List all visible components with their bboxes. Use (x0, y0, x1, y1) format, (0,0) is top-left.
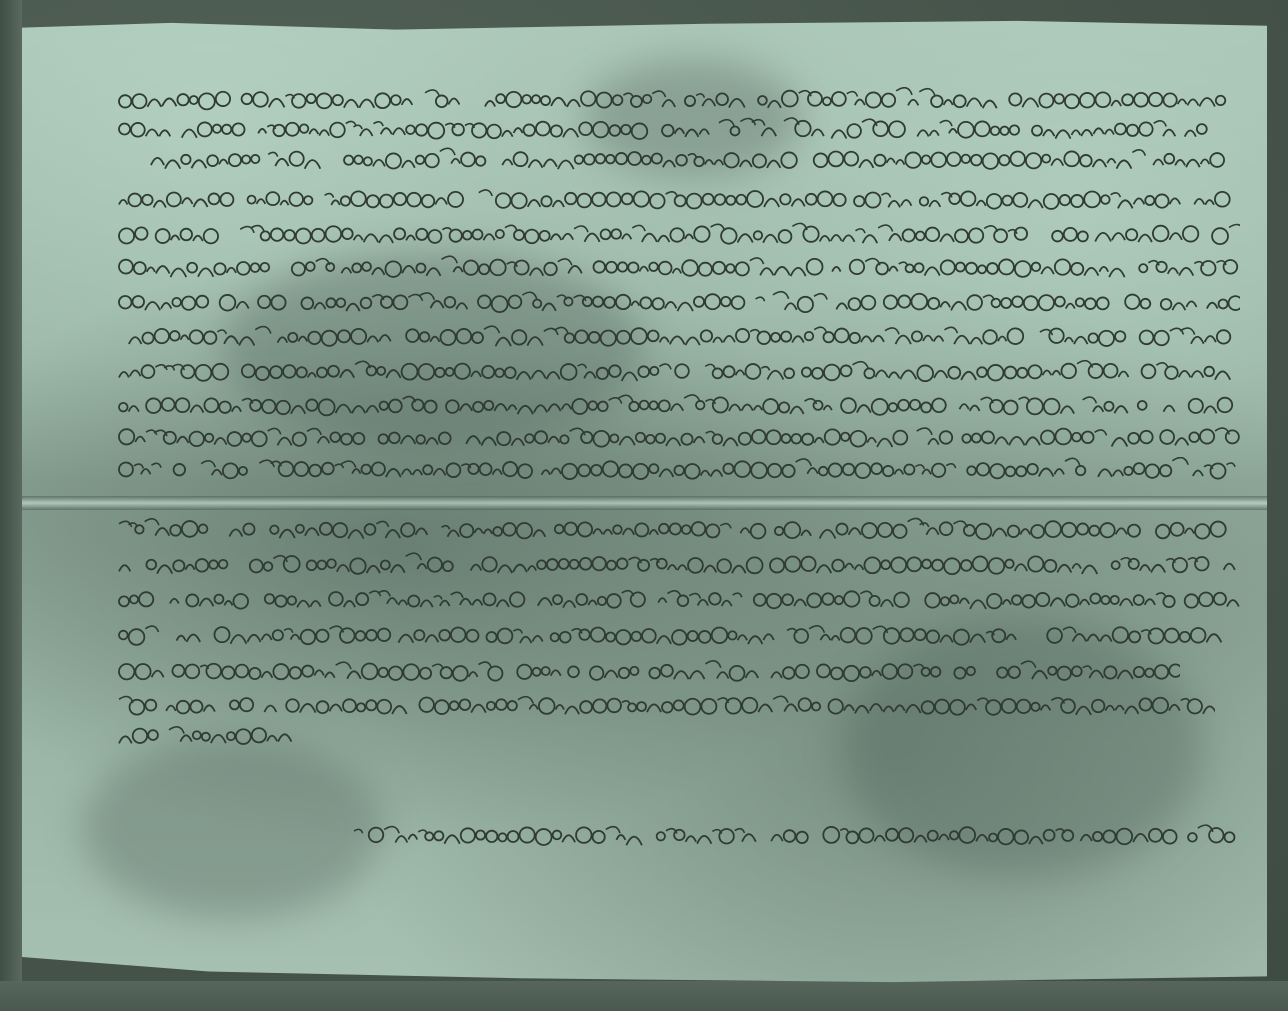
handwriting-strokes (115, 723, 300, 749)
handwritten-text-line (115, 723, 300, 749)
handwritten-text-line (115, 147, 1230, 173)
handwriting-strokes (115, 87, 1230, 113)
handwriting-strokes (115, 623, 1235, 649)
manuscript-page (22, 18, 1267, 986)
handwritten-text-line (115, 623, 1235, 649)
handwriting-strokes (115, 393, 1240, 419)
handwriting-strokes (115, 425, 1240, 451)
fold-crease (22, 496, 1267, 510)
handwriting-strokes (115, 693, 1215, 719)
handwriting-strokes (115, 659, 1180, 685)
handwritten-text-line (115, 457, 1240, 483)
handwritten-text-line (115, 290, 1240, 316)
handwriting-strokes (115, 457, 1240, 483)
handwritten-text-line (115, 659, 1180, 685)
backdrop-edge-bottom (0, 981, 1288, 1011)
handwritten-text-line (115, 324, 1240, 350)
handwriting-strokes (115, 187, 1240, 213)
handwritten-text-line (115, 393, 1240, 419)
handwritten-text-line (115, 87, 1230, 113)
handwritten-text-line (115, 517, 1230, 543)
handwriting-strokes (115, 587, 1240, 613)
handwriting-strokes (115, 290, 1240, 316)
handwritten-text-line (115, 552, 1240, 578)
handwritten-text-line (115, 587, 1240, 613)
handwriting-strokes (115, 255, 1240, 281)
handwriting-strokes (115, 324, 1240, 350)
handwriting-strokes (350, 819, 1245, 853)
handwritten-text-line (115, 693, 1215, 719)
paper-stain (82, 738, 382, 918)
handwritten-text-line (115, 359, 1240, 385)
handwriting-strokes (115, 552, 1240, 578)
handwriting-strokes (115, 359, 1240, 385)
handwriting-strokes (115, 147, 1230, 173)
handwritten-text-line (115, 425, 1240, 451)
handwritten-text-line (115, 187, 1240, 213)
handwriting-strokes (115, 222, 1240, 248)
manuscript-photograph (0, 0, 1288, 1011)
handwriting-strokes (115, 117, 1215, 143)
handwritten-text-line (115, 117, 1215, 143)
signature-line (350, 819, 1245, 853)
handwritten-text-line (115, 255, 1240, 281)
backdrop-edge (0, 0, 22, 1011)
handwriting-strokes (115, 517, 1230, 543)
handwritten-text-line (115, 222, 1240, 248)
